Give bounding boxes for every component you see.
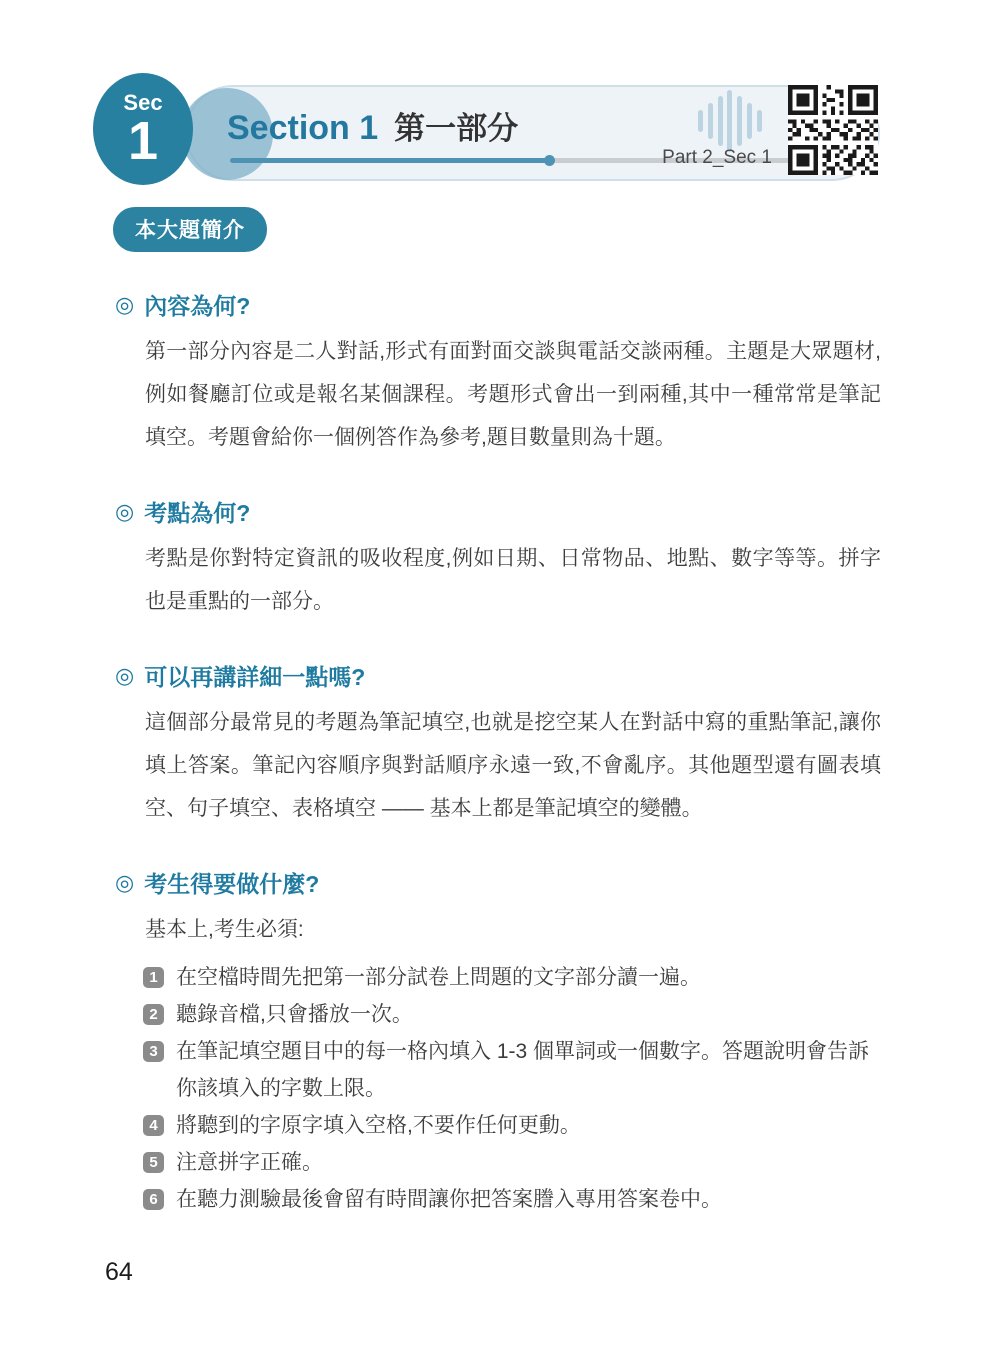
section-header: Sec 1 Section 1 第一部分 Part 2_Sec 1 (185, 85, 880, 181)
section-heading-label: 可以再講詳細一點嗎? (144, 659, 365, 692)
step-number-badge: 1 (143, 967, 164, 988)
step-number-badge: 3 (143, 1041, 164, 1062)
section-title-en: Section 1 (227, 109, 378, 148)
steps-list: 1 在空檔時間先把第一部分試卷上問題的文字部分讀一遍。 2 聽錄音檔,只會播放一… (143, 959, 883, 1218)
audio-waveform-icon (698, 89, 762, 153)
bullseye-icon: ◎ (115, 501, 134, 523)
audio-track-label: Part 2_Sec 1 (662, 147, 772, 169)
section-badge: Sec 1 (93, 73, 193, 185)
badge-number: 1 (128, 115, 158, 167)
step-text: 將聽到的字原字填入空格,不要作任何更動。 (176, 1107, 581, 1144)
page-content: 本大題簡介 ◎ 內容為何? 第一部分內容是二人對話,形式有面對面交談與電話交談兩… (113, 207, 883, 1218)
book-page: { "header": { "badge": { "top": "Sec", "… (0, 0, 1000, 1353)
step-item: 3 在筆記填空題目中的每一格內填入 1-3 個單詞或一個數字。答題說明會告訴你該… (143, 1033, 883, 1107)
step-text: 在筆記填空題目中的每一格內填入 1-3 個單詞或一個數字。答題說明會告訴你該填入… (176, 1033, 883, 1107)
section-heading-label: 考生得要做什麼? (144, 866, 319, 899)
step-item: 4 將聽到的字原字填入空格,不要作任何更動。 (143, 1107, 883, 1144)
progress-fill (230, 158, 550, 163)
section-paragraph: 考點是你對特定資訊的吸收程度,例如日期、日常物品、地點、數字等等。拼字也是重點的… (145, 537, 881, 623)
section-title: Section 1 第一部分 (227, 103, 518, 148)
step-item: 1 在空檔時間先把第一部分試卷上問題的文字部分讀一遍。 (143, 959, 883, 996)
bullseye-icon: ◎ (115, 872, 134, 894)
section-intro-line: 基本上,考生必須: (145, 908, 881, 951)
step-number-badge: 5 (143, 1152, 164, 1173)
step-text: 在空檔時間先把第一部分試卷上問題的文字部分讀一遍。 (176, 959, 701, 996)
step-text: 聽錄音檔,只會播放一次。 (176, 996, 413, 1033)
section-heading-points: ◎ 考點為何? (115, 495, 883, 528)
section-title-zh: 第一部分 (394, 103, 518, 148)
step-number-badge: 2 (143, 1004, 164, 1025)
step-number-badge: 6 (143, 1189, 164, 1210)
step-item: 2 聽錄音檔,只會播放一次。 (143, 996, 883, 1033)
section-heading-label: 考點為何? (144, 495, 250, 528)
section-paragraph: 這個部分最常見的考題為筆記填空,也就是挖空某人在對話中寫的重點筆記,讓你填上答案… (145, 701, 881, 830)
step-number-badge: 4 (143, 1115, 164, 1136)
progress-dot (544, 155, 555, 166)
section-paragraph: 第一部分內容是二人對話,形式有面對面交談與電話交談兩種。主題是大眾題材,例如餐廳… (145, 330, 881, 459)
step-item: 6 在聽力測驗最後會留有時間讓你把答案謄入專用答案卷中。 (143, 1181, 883, 1218)
step-item: 5 注意拼字正確。 (143, 1144, 883, 1181)
step-text: 注意拼字正確。 (176, 1144, 323, 1181)
section-heading-tasks: ◎ 考生得要做什麼? (115, 866, 883, 899)
qr-code (788, 85, 878, 175)
page-number: 64 (105, 1258, 133, 1287)
step-text: 在聽力測驗最後會留有時間讓你把答案謄入專用答案卷中。 (176, 1181, 722, 1218)
intro-badge: 本大題簡介 (113, 207, 267, 252)
section-heading-detail: ◎ 可以再講詳細一點嗎? (115, 659, 883, 692)
section-heading-content: ◎ 內容為何? (115, 288, 883, 321)
bullseye-icon: ◎ (115, 665, 134, 687)
bullseye-icon: ◎ (115, 294, 134, 316)
section-heading-label: 內容為何? (144, 288, 250, 321)
